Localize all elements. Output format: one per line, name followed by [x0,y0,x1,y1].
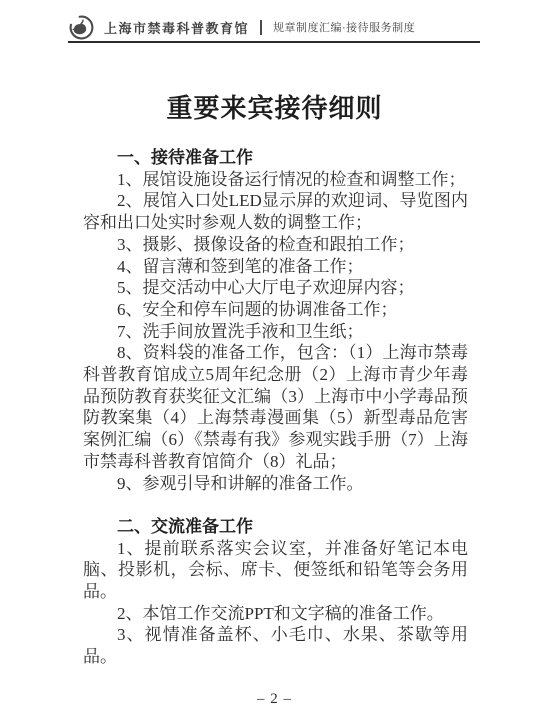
header-divider [260,20,262,35]
section-reception-preparation: 一、接待准备工作 1、展馆设施设备运行情况的检查和调整工作； 2、展馆入口处LE… [83,147,468,494]
list-item: 1、提前联系落实会议室，并准备好笔记本电脑、投影机，会标、席卡、便签纸和铅笔等会… [83,538,468,603]
list-item: 9、参观引导和讲解的准备工作。 [83,473,468,495]
document-page: 上海市禁毒科普教育馆 规章制度汇编·接待服务制度 重要来宾接待细则 一、接待准备… [0,0,549,724]
museum-bird-logo-icon [68,14,95,41]
page-header: 上海市禁毒科普教育馆 规章制度汇编·接待服务制度 [68,13,480,43]
list-item: 8、资料袋的准备工作，包含：（1）上海市禁毒科普教育馆成立5周年纪念册（2）上海… [83,342,468,472]
list-item: 3、视情准备盖杯、小毛巾、水果、茶歇等用品。 [83,624,468,667]
list-item: 3、摄影、摄像设备的检查和跟拍工作； [83,234,468,256]
list-item: 2、展馆入口处LED显示屏的欢迎词、导览图内容和出口处实时参观人数的调整工作； [83,190,468,233]
doc-series-label: 规章制度汇编·接待服务制度 [273,19,415,35]
section-exchange-preparation: 二、交流准备工作 1、提前联系落实会议室，并准备好笔记本电脑、投影机，会标、席卡… [83,516,468,668]
page-footer: – 2 – [0,691,549,708]
page-number: – 2 – [257,691,292,707]
list-item: 2、本馆工作交流PPT和文字稿的准备工作。 [83,603,468,625]
list-item: 7、洗手间放置洗手液和卫生纸； [83,321,468,343]
section-heading: 二、交流准备工作 [83,516,468,538]
list-item: 4、留言薄和签到笔的准备工作； [83,256,468,278]
document-title: 重要来宾接待细则 [0,88,549,125]
document-body: 一、接待准备工作 1、展馆设施设备运行情况的检查和调整工作； 2、展馆入口处LE… [83,147,468,668]
list-item: 5、提交活动中心大厅电子欢迎屏内容； [83,277,468,299]
org-name: 上海市禁毒科普教育馆 [104,18,249,37]
list-item: 1、展馆设施设备运行情况的检查和调整工作； [83,169,468,191]
list-item: 6、安全和停车问题的协调准备工作； [83,299,468,321]
section-heading: 一、接待准备工作 [83,147,468,169]
